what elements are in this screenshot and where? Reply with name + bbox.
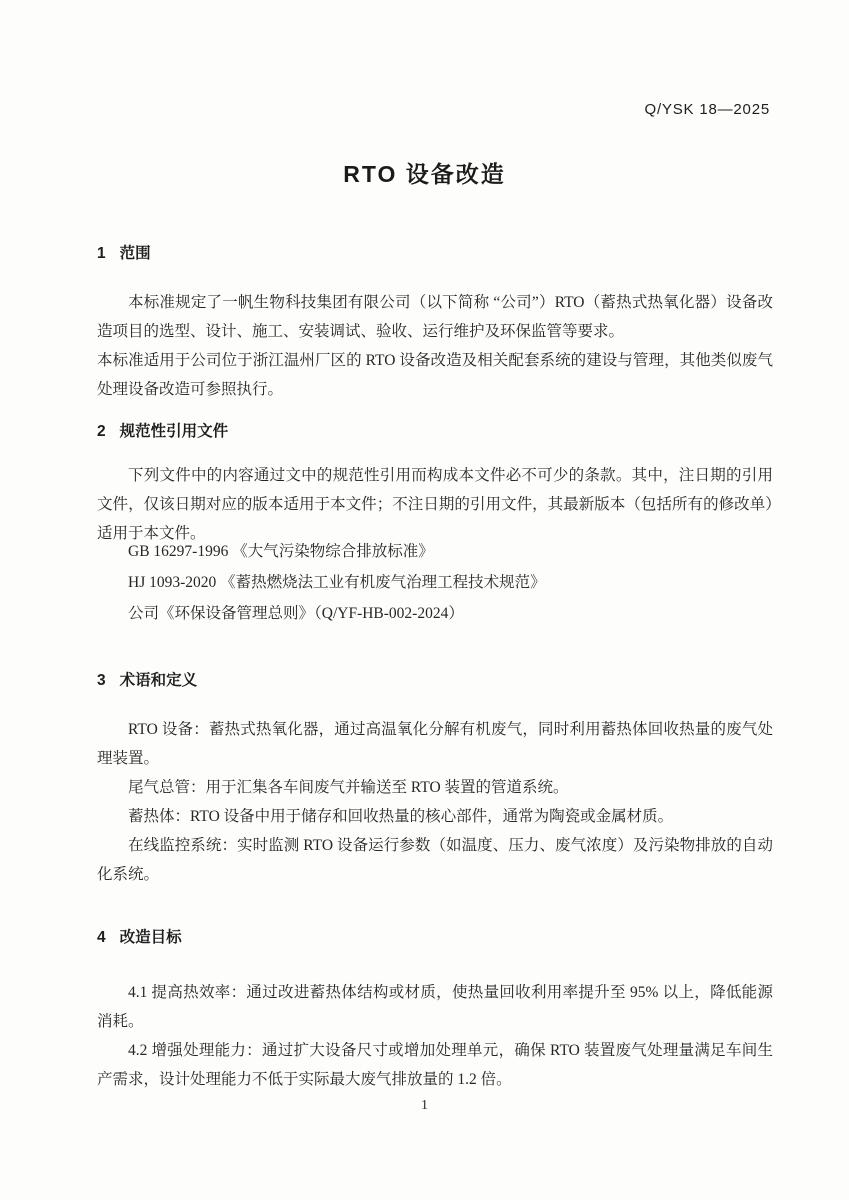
paragraph: 本标准规定了一帆生物科技集团有限公司（以下简称 “公司”）RTO（蓄热式热氧化器… xyxy=(97,288,773,346)
section-title: 规范性引用文件 xyxy=(120,423,229,440)
section-title: 改造目标 xyxy=(120,929,182,946)
reference-item: 公司《环保设备管理总则》（Q/YF-HB-002-2024） xyxy=(97,598,773,629)
section-title: 范围 xyxy=(120,245,151,262)
section-3-heading: 3术语和定义 xyxy=(97,668,197,690)
section-4-body: 4.1 提高热效率：通过改进蓄热体结构或材质，使热量回收利用率提升至 95% 以… xyxy=(97,978,773,1094)
reference-item: GB 16297-1996 《大气污染物综合排放标准》 xyxy=(97,536,773,567)
document-title: RTO 设备改造 xyxy=(0,156,849,189)
section-1-heading: 1范围 xyxy=(97,241,151,263)
paragraph: 4.2 增强处理能力：通过扩大设备尺寸或增加处理单元，确保 RTO 装置废气处理… xyxy=(97,1036,773,1094)
page-number: 1 xyxy=(0,1098,849,1114)
reference-item: HJ 1093-2020 《蓄热燃烧法工业有机废气治理工程技术规范》 xyxy=(97,567,773,598)
section-number: 1 xyxy=(97,245,106,262)
section-number: 4 xyxy=(97,929,106,946)
reference-list: GB 16297-1996 《大气污染物综合排放标准》 HJ 1093-2020… xyxy=(97,536,773,629)
section-3-body: RTO 设备：蓄热式热氧化器，通过高温氧化分解有机废气，同时利用蓄热体回收热量的… xyxy=(97,715,773,889)
term-definition: 在线监控系统：实时监测 RTO 设备运行参数（如温度、压力、废气浓度）及污染物排… xyxy=(97,831,773,889)
term-definition: 蓄热体：RTO 设备中用于储存和回收热量的核心部件，通常为陶瓷或金属材质。 xyxy=(97,802,773,831)
paragraph: 下列文件中的内容通过文中的规范性引用而构成本文件必不可少的条款。其中，注日期的引… xyxy=(97,461,773,548)
section-4-heading: 4改造目标 xyxy=(97,925,182,947)
document-page: Q/YSK 18—2025 RTO 设备改造 1范围 本标准规定了一帆生物科技集… xyxy=(0,0,849,1200)
term-definition: 尾气总管：用于汇集各车间废气并输送至 RTO 装置的管道系统。 xyxy=(97,773,773,802)
section-2-heading: 2规范性引用文件 xyxy=(97,419,228,441)
section-title: 术语和定义 xyxy=(120,672,198,689)
doc-code: Q/YSK 18—2025 xyxy=(645,101,770,118)
section-2-body: 下列文件中的内容通过文中的规范性引用而构成本文件必不可少的条款。其中，注日期的引… xyxy=(97,461,773,548)
section-1-body: 本标准规定了一帆生物科技集团有限公司（以下简称 “公司”）RTO（蓄热式热氧化器… xyxy=(97,288,773,404)
term-definition: RTO 设备：蓄热式热氧化器，通过高温氧化分解有机废气，同时利用蓄热体回收热量的… xyxy=(97,715,773,773)
paragraph: 本标准适用于公司位于浙江温州厂区的 RTO 设备改造及相关配套系统的建设与管理，… xyxy=(97,346,773,404)
section-number: 3 xyxy=(97,672,106,689)
section-number: 2 xyxy=(97,423,106,440)
paragraph: 4.1 提高热效率：通过改进蓄热体结构或材质，使热量回收利用率提升至 95% 以… xyxy=(97,978,773,1036)
